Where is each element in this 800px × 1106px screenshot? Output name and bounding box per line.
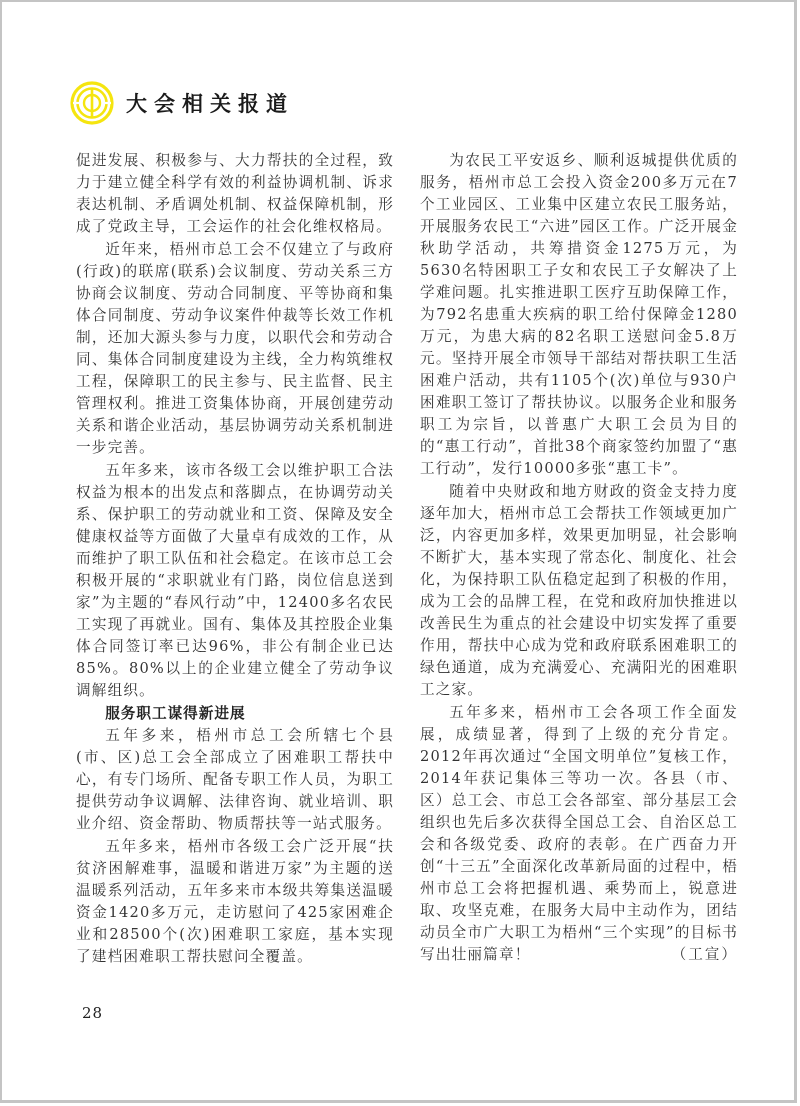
left-column: 促进发展、积极参与、大力帮扶的全过程，致力于建立健全科学有效的利益协调机制、诉求… [76,150,394,969]
paragraph: 五年多来，梧州市总工会所辖七个县(市、区)总工会全部成立了困难职工帮扶中心，有专… [76,725,394,835]
page-number: 28 [82,1004,103,1022]
paragraph: 五年多来，该市各级工会以维护职工合法权益为根本的出发点和落脚点，在协调劳动关系、… [76,460,394,702]
right-column: 为农民工平安返乡、顺利返城提供优质的服务，梧州市总工会投入资金200多万元在7个… [420,150,738,967]
author-signature: （工宣） [642,944,738,966]
paragraph: 促进发展、积极参与、大力帮扶的全过程，致力于建立健全科学有效的利益协调机制、诉求… [76,150,394,238]
paragraph: 为农民工平安返乡、顺利返城提供优质的服务，梧州市总工会投入资金200多万元在7个… [420,150,738,480]
paragraph: 五年多来，梧州市工会各项工作全面发展，成绩显著，得到了上级的充分肯定。2012年… [420,702,738,966]
paragraph: 近年来，梧州市总工会不仅建立了与政府(行政)的联席(联系)会议制度、劳动关系三方… [76,239,394,459]
subheading: 服务职工谋得新进展 [76,703,394,725]
section-header: 大会相关报道 [70,80,294,126]
paragraph: 五年多来，梧州市各级工会广泛开展“扶贫济困解难事，温暖和谐进万家”为主题的送温暖… [76,836,394,968]
section-title: 大会相关报道 [126,88,294,118]
paragraph: 随着中央财政和地方财政的资金支持力度逐年加大，梧州市总工会帮扶工作领域更加广泛，… [420,481,738,701]
paragraph-text: 五年多来，梧州市工会各项工作全面发展，成绩显著，得到了上级的充分肯定。2012年… [420,704,738,963]
trade-union-emblem-icon [70,81,114,125]
document-page: 大会相关报道 促进发展、积极参与、大力帮扶的全过程，致力于建立健全科学有效的利益… [0,0,797,1103]
